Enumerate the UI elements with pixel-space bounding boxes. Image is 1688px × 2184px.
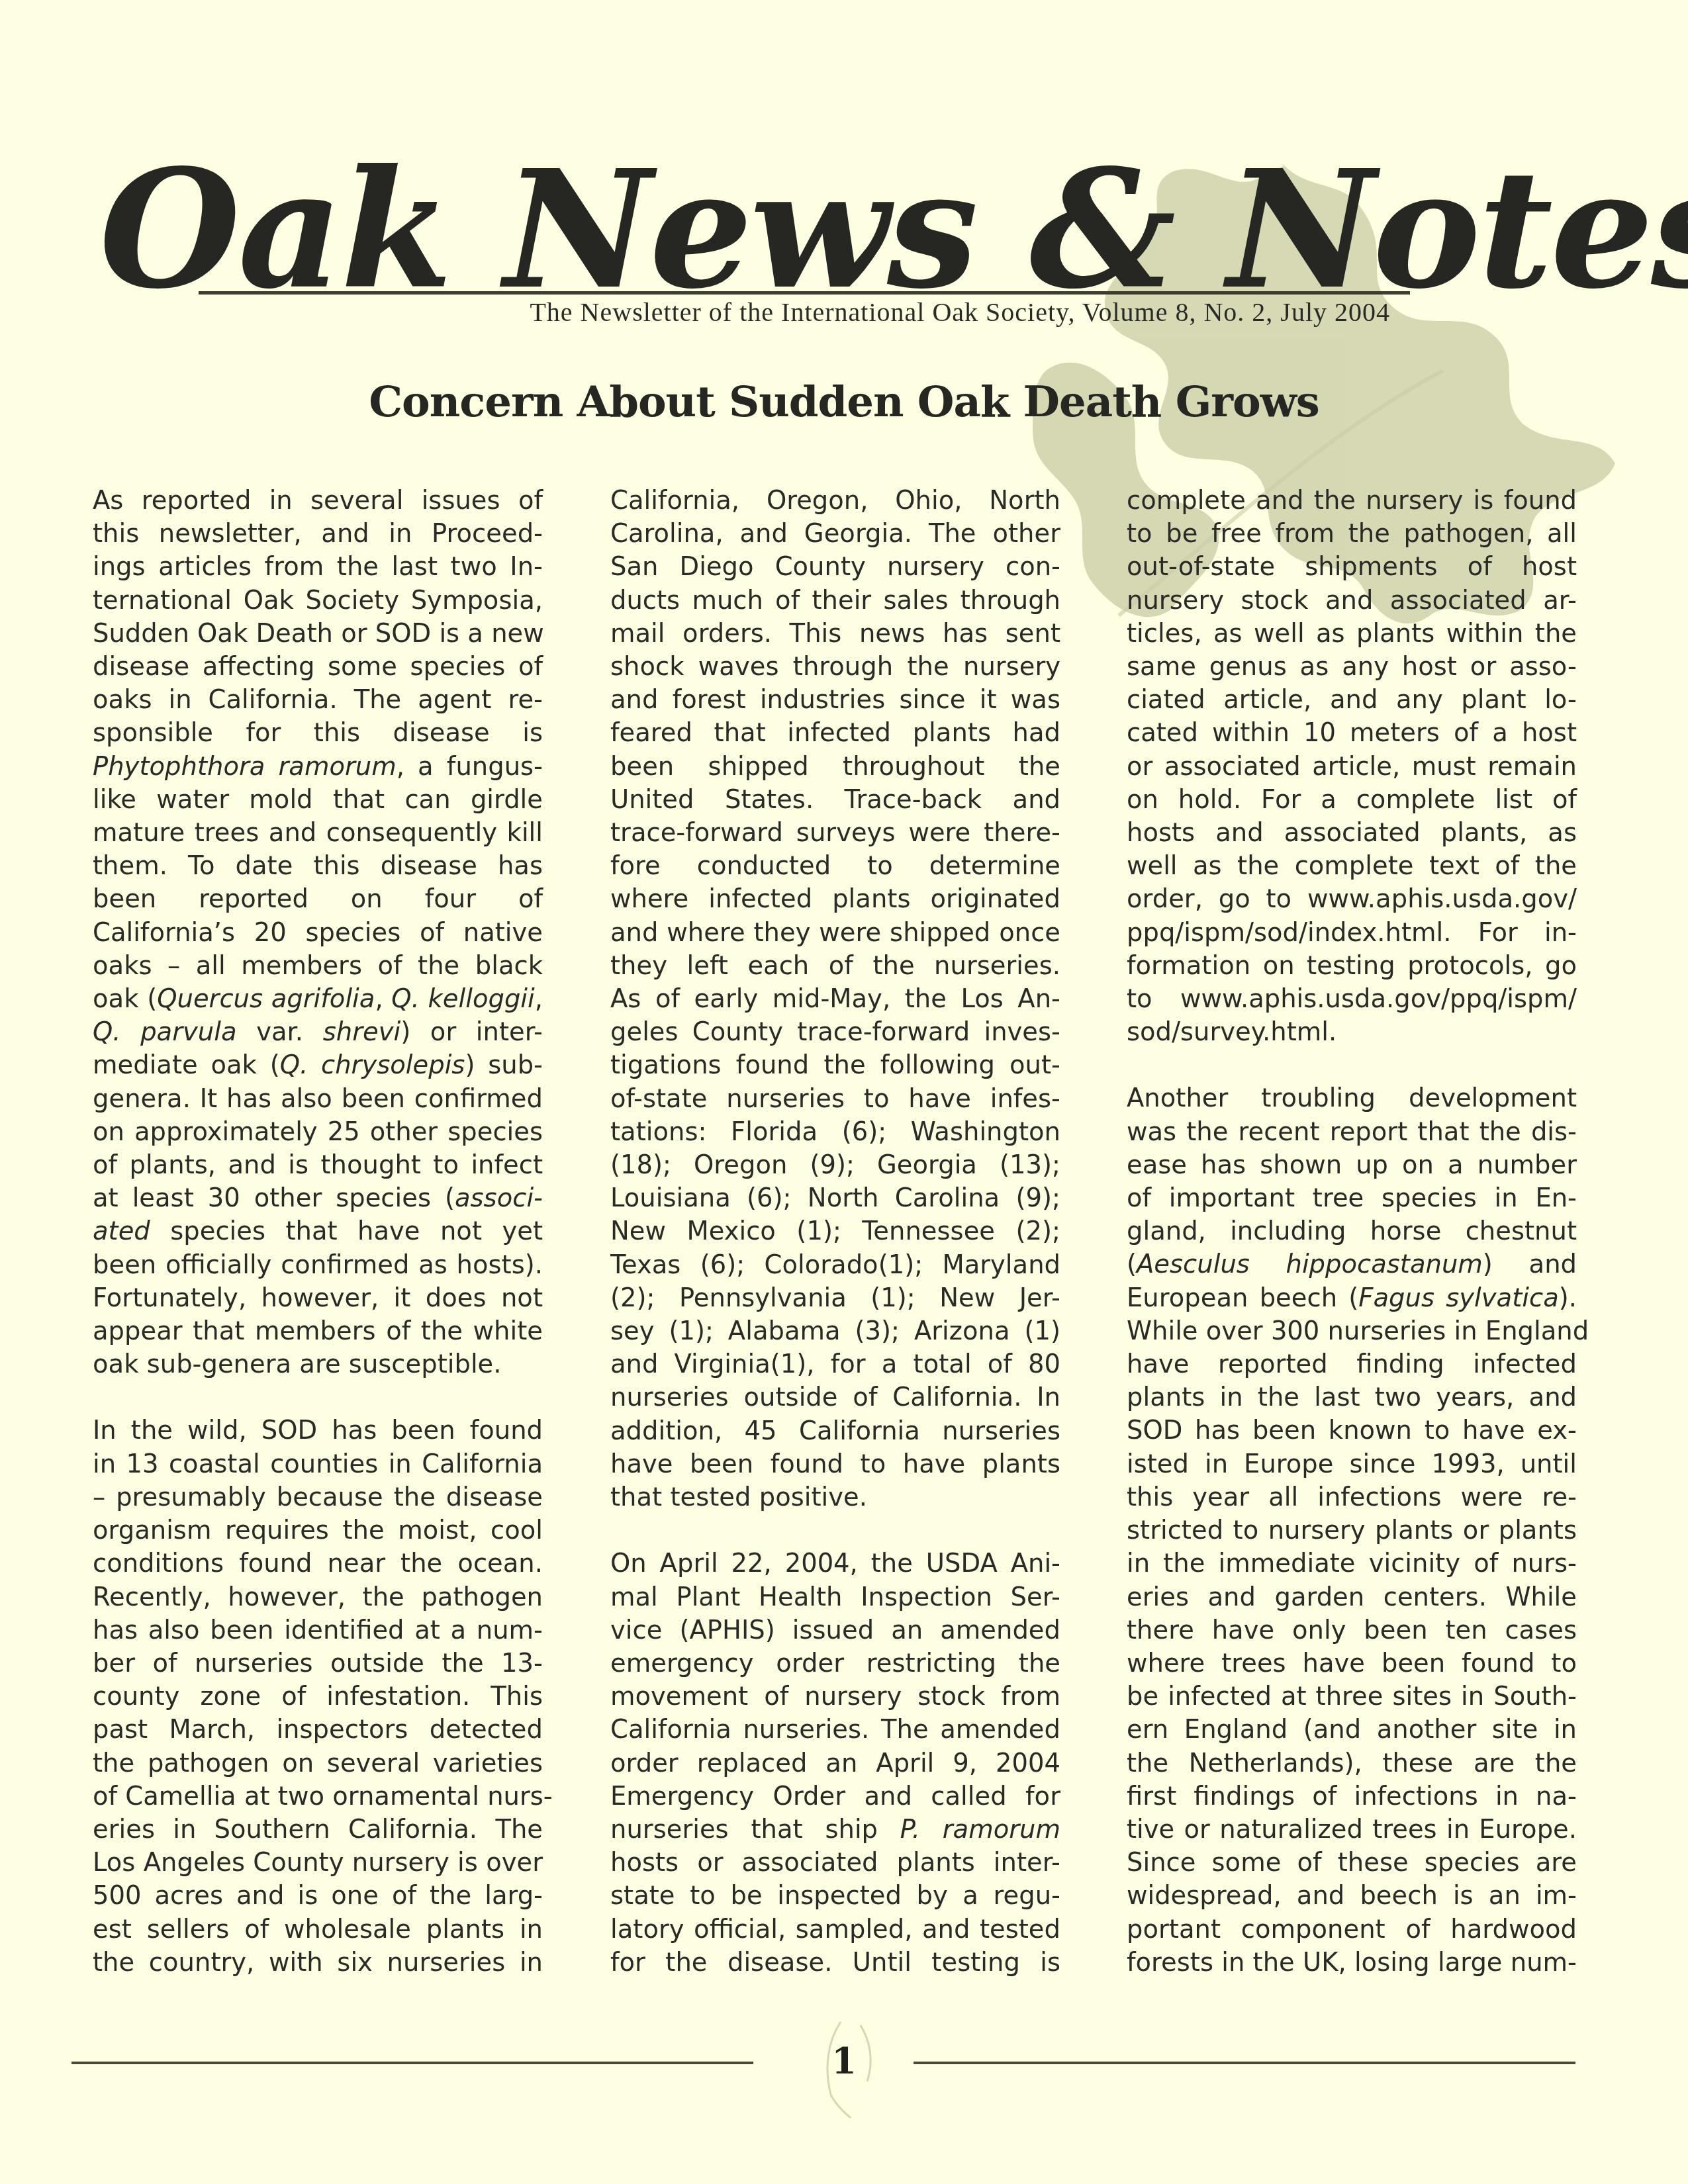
text-line: sponsible for this disease is bbox=[93, 717, 543, 750]
article-paragraph: California, Oregon, Ohio, NorthCarolina,… bbox=[610, 484, 1060, 1514]
text-line: (18); Oregon (9); Georgia (13); bbox=[610, 1149, 1060, 1182]
italic-term: Aesculus hippocastanum bbox=[1137, 1250, 1483, 1279]
text-line: addition, 45 California nurseries bbox=[610, 1415, 1060, 1448]
text-line: like water mold that can girdle bbox=[93, 784, 543, 817]
text-line: Texas (6); Colorado(1); Maryland bbox=[610, 1249, 1060, 1282]
text-line: isted in Europe since 1993, until bbox=[1127, 1448, 1577, 1481]
text-line: first findings of infections in na- bbox=[1127, 1780, 1577, 1813]
text-line: ease has shown up on a number bbox=[1127, 1149, 1577, 1182]
text-line: ings articles from the last two In- bbox=[93, 551, 543, 584]
text-line: ducts much of their sales through bbox=[610, 584, 1060, 617]
text-line: been shipped throughout the bbox=[610, 751, 1060, 784]
text-line: ternational Oak Society Symposia, bbox=[93, 584, 543, 617]
text-line: and where they were shipped once bbox=[610, 917, 1060, 950]
text-line: movement of nursery stock from bbox=[610, 1680, 1060, 1713]
text-line: plants in the last two years, and bbox=[1127, 1381, 1577, 1414]
text-line: be infected at three sites in South- bbox=[1127, 1680, 1577, 1713]
text-line: Fortunately, however, it does not bbox=[93, 1282, 543, 1315]
text-line: mediate oak (Q. chrysolepis) sub- bbox=[93, 1049, 543, 1082]
text-line: hosts and associated plants, as bbox=[1127, 817, 1577, 850]
text-line: been reported on four of bbox=[93, 883, 543, 916]
text-line: on approximately 25 other species bbox=[93, 1116, 543, 1149]
text-line: shock waves through the nursery bbox=[610, 651, 1060, 684]
text-line: of plants, and is thought to infect bbox=[93, 1149, 543, 1182]
text-line: been officially confirmed as hosts). bbox=[93, 1249, 543, 1282]
italic-term: shrevi bbox=[323, 1017, 400, 1047]
article-column-2: California, Oregon, Ohio, NorthCarolina,… bbox=[610, 484, 1060, 1979]
masthead-subtitle: The Newsletter of the International Oak … bbox=[199, 296, 1390, 328]
text-line: ern England (and another site in bbox=[1127, 1713, 1577, 1747]
text-line: In the wild, SOD has been found bbox=[93, 1414, 543, 1447]
text-line: ated species that have not yet bbox=[93, 1215, 543, 1248]
text-line: California’s 20 species of native bbox=[93, 917, 543, 950]
article-paragraph: On April 22, 2004, the USDA Ani-mal Plan… bbox=[610, 1547, 1060, 1979]
text-line: Another troubling development bbox=[1127, 1082, 1577, 1115]
text-line: same genus as any host or asso- bbox=[1127, 651, 1577, 684]
text-line: there have only been ten cases bbox=[1127, 1614, 1577, 1647]
text-line: the pathogen on several varieties bbox=[93, 1747, 543, 1780]
text-line: oaks – all members of the black bbox=[93, 950, 543, 983]
text-line: portant component of hardwood bbox=[1127, 1913, 1577, 1946]
text-line: disease affecting some species of bbox=[93, 651, 543, 684]
text-line: order, go to www.aphis.usda.gov/ bbox=[1127, 883, 1577, 916]
text-line: San Diego County nursery con- bbox=[610, 551, 1060, 584]
text-line: European beech (Fagus sylvatica). bbox=[1127, 1282, 1577, 1315]
text-line: organism requires the moist, cool bbox=[93, 1514, 543, 1547]
page-number: 1 bbox=[811, 2040, 877, 2082]
text-line: stricted to nursery plants or plants bbox=[1127, 1514, 1577, 1547]
text-line: oaks in California. The agent re- bbox=[93, 684, 543, 717]
text-line: – presumably because the disease bbox=[93, 1481, 543, 1514]
italic-term: Q. chrysolepis bbox=[280, 1050, 465, 1080]
text-line: them. To date this disease has bbox=[93, 850, 543, 883]
text-line: where infected plants originated bbox=[610, 883, 1060, 916]
text-line: complete and the nursery is found bbox=[1127, 484, 1577, 518]
text-line: latory official, sampled, and tested bbox=[610, 1913, 1060, 1946]
masthead-title: Oak News & Notes bbox=[99, 149, 1688, 311]
text-line: in the immediate vicinity of nurs- bbox=[1127, 1547, 1577, 1580]
text-line: vice (APHIS) issued an amended bbox=[610, 1614, 1060, 1647]
text-line: tigations found the following out- bbox=[610, 1049, 1060, 1082]
text-line: New Mexico (1); Tennessee (2); bbox=[610, 1215, 1060, 1248]
text-line: Recently, however, the pathogen bbox=[93, 1581, 543, 1614]
article-headline: Concern About Sudden Oak Death Grows bbox=[0, 377, 1688, 427]
text-line: to be free from the pathogen, all bbox=[1127, 518, 1577, 551]
article-paragraph: Another troubling developmentwas the rec… bbox=[1127, 1082, 1577, 1979]
text-line: mature trees and consequently kill bbox=[93, 817, 543, 850]
text-line: eries in Southern California. The bbox=[93, 1813, 543, 1846]
text-line: ppq/ispm/sod/index.html. For in- bbox=[1127, 917, 1577, 950]
text-line: forests in the UK, losing large num- bbox=[1127, 1946, 1577, 1979]
text-line: of Camellia at two ornamental nurs- bbox=[93, 1780, 543, 1813]
text-line: Q. parvula var. shrevi) or inter- bbox=[93, 1016, 543, 1049]
text-line: on hold. For a complete list of bbox=[1127, 784, 1577, 817]
text-line: where trees have been found to bbox=[1127, 1647, 1577, 1680]
text-line: On April 22, 2004, the USDA Ani- bbox=[610, 1547, 1060, 1580]
italic-term: Quercus agrifolia bbox=[157, 984, 375, 1014]
article-paragraph: In the wild, SOD has been foundin 13 coa… bbox=[93, 1414, 543, 1979]
text-line: gland, including horse chestnut bbox=[1127, 1215, 1577, 1248]
text-line: Emergency Order and called for bbox=[610, 1780, 1060, 1813]
article-column-3: complete and the nursery is foundto be f… bbox=[1127, 484, 1577, 1979]
text-line: nursery stock and associated ar- bbox=[1127, 584, 1577, 617]
text-line: have been found to have plants bbox=[610, 1448, 1060, 1481]
text-line: has also been identified at a num- bbox=[93, 1614, 543, 1647]
text-line: well as the complete text of the bbox=[1127, 850, 1577, 883]
text-line: the country, with six nurseries in bbox=[93, 1946, 543, 1979]
text-line: Since some of these species are bbox=[1127, 1846, 1577, 1880]
text-line: Sudden Oak Death or SOD is a new bbox=[93, 617, 543, 651]
masthead-rule bbox=[199, 291, 1410, 295]
text-line: As of early mid-May, the Los An- bbox=[610, 983, 1060, 1016]
text-line: conditions found near the ocean. bbox=[93, 1547, 543, 1580]
text-line: genera. It has also been confirmed bbox=[93, 1083, 543, 1116]
italic-term: Q. parvula bbox=[93, 1017, 237, 1047]
text-line: county zone of infestation. This bbox=[93, 1680, 543, 1713]
text-line: SOD has been known to have ex- bbox=[1127, 1414, 1577, 1447]
text-line: fore conducted to determine bbox=[610, 850, 1060, 883]
italic-term: ated bbox=[93, 1216, 150, 1246]
text-line: mail orders. This news has sent bbox=[610, 617, 1060, 651]
text-line: 500 acres and is one of the larg- bbox=[93, 1880, 543, 1913]
text-line: appear that members of the white bbox=[93, 1315, 543, 1348]
text-line: that tested positive. bbox=[610, 1481, 1060, 1514]
text-line: or associated article, must remain bbox=[1127, 751, 1577, 784]
text-line: emergency order restricting the bbox=[610, 1647, 1060, 1680]
text-line: they left each of the nurseries. bbox=[610, 950, 1060, 983]
text-line: this newsletter, and in Proceed- bbox=[93, 518, 543, 551]
text-line: state to be inspected by a regu- bbox=[610, 1880, 1060, 1913]
article-column-1: As reported in several issues ofthis new… bbox=[93, 484, 543, 1979]
text-line: ciated article, and any plant lo- bbox=[1127, 684, 1577, 717]
text-line: the Netherlands), these are the bbox=[1127, 1747, 1577, 1780]
footer-rule-right bbox=[914, 2062, 1575, 2064]
text-line: Phytophthora ramorum, a fungus- bbox=[93, 751, 543, 784]
text-line: to www.aphis.usda.gov/ppq/ispm/ bbox=[1127, 983, 1577, 1016]
italic-term: Q. kelloggii bbox=[391, 984, 534, 1014]
footer-rule-left bbox=[71, 2062, 753, 2064]
text-line: geles County trace-forward inves- bbox=[610, 1016, 1060, 1049]
text-line: United States. Trace-back and bbox=[610, 784, 1060, 817]
text-line: nurseries outside of California. In bbox=[610, 1381, 1060, 1414]
text-line: out-of-state shipments of host bbox=[1127, 551, 1577, 584]
text-line: tive or naturalized trees in Europe. bbox=[1127, 1813, 1577, 1846]
text-line: of-state nurseries to have infes- bbox=[610, 1083, 1060, 1116]
text-line: est sellers of wholesale plants in bbox=[93, 1913, 543, 1946]
text-line: California, Oregon, Ohio, North bbox=[610, 484, 1060, 518]
text-line: oak (Quercus agrifolia, Q. kelloggii, bbox=[93, 983, 543, 1016]
text-line: formation on testing protocols, go bbox=[1127, 950, 1577, 983]
text-line: widespread, and beech is an im- bbox=[1127, 1880, 1577, 1913]
text-line: nurseries that ship P. ramorum bbox=[610, 1813, 1060, 1846]
text-line: for the disease. Until testing is bbox=[610, 1946, 1060, 1979]
text-line: in 13 coastal counties in California bbox=[93, 1448, 543, 1481]
italic-term: associ- bbox=[455, 1183, 543, 1213]
text-line: (Aesculus hippocastanum) and bbox=[1127, 1248, 1577, 1281]
text-line: As reported in several issues of bbox=[93, 484, 543, 518]
text-line: at least 30 other species (associ- bbox=[93, 1182, 543, 1215]
text-line: sod/survey.html. bbox=[1127, 1016, 1577, 1049]
italic-term: P. ramorum bbox=[900, 1815, 1060, 1844]
text-line: sey (1); Alabama (3); Arizona (1) bbox=[610, 1315, 1060, 1348]
text-line: While over 300 nurseries in England bbox=[1127, 1315, 1577, 1348]
text-line: Louisiana (6); North Carolina (9); bbox=[610, 1182, 1060, 1215]
text-line: Los Angeles County nursery is over bbox=[93, 1846, 543, 1880]
text-line: California nurseries. The amended bbox=[610, 1713, 1060, 1747]
text-line: past March, inspectors detected bbox=[93, 1713, 543, 1747]
text-line: Carolina, and Georgia. The other bbox=[610, 518, 1060, 551]
text-line: of important tree species in En- bbox=[1127, 1182, 1577, 1215]
italic-term: Fagus sylvatica bbox=[1358, 1283, 1558, 1313]
text-line: trace-forward surveys were there- bbox=[610, 817, 1060, 850]
text-line: ber of nurseries outside the 13- bbox=[93, 1647, 543, 1680]
article-paragraph: complete and the nursery is foundto be f… bbox=[1127, 484, 1577, 1049]
article-paragraph: As reported in several issues ofthis new… bbox=[93, 484, 543, 1381]
text-line: was the recent report that the dis- bbox=[1127, 1116, 1577, 1149]
text-line: oak sub-genera are susceptible. bbox=[93, 1348, 543, 1381]
text-line: eries and garden centers. While bbox=[1127, 1581, 1577, 1614]
text-line: have reported finding infected bbox=[1127, 1348, 1577, 1381]
text-line: mal Plant Health Inspection Ser- bbox=[610, 1581, 1060, 1614]
text-line: hosts or associated plants inter- bbox=[610, 1846, 1060, 1880]
text-line: and Virginia(1), for a total of 80 bbox=[610, 1348, 1060, 1381]
text-line: ticles, as well as plants within the bbox=[1127, 617, 1577, 651]
text-line: this year all infections were re- bbox=[1127, 1481, 1577, 1514]
text-line: (2); Pennsylvania (1); New Jer- bbox=[610, 1282, 1060, 1315]
text-line: cated within 10 meters of a host bbox=[1127, 717, 1577, 750]
italic-term: Phytophthora ramorum bbox=[93, 752, 397, 782]
text-line: and forest industries since it was bbox=[610, 684, 1060, 717]
text-line: feared that infected plants had bbox=[610, 717, 1060, 750]
text-line: tations: Florida (6); Washington bbox=[610, 1116, 1060, 1149]
text-line: order replaced an April 9, 2004 bbox=[610, 1747, 1060, 1780]
